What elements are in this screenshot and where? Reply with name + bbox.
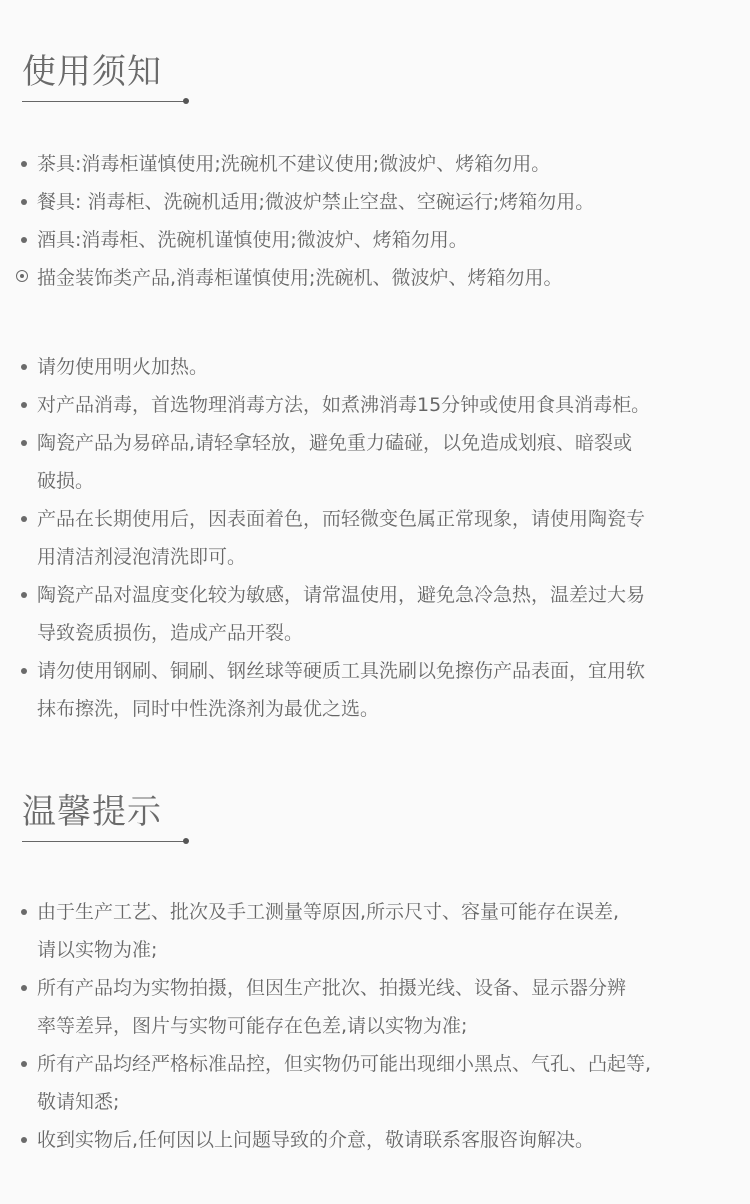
list-item-text-line-1: 请勿使用钢刷、铜刷、钢丝球等硬质工具洗刷以免擦伤产品表面，宜用软 [37,660,645,682]
warm-tips-list: 由于生产工艺、批次及手工测量等原因,所示尺寸、容量可能存在误差, 请以实物为准;… [0,893,750,1159]
list-item: 请勿使用钢刷、铜刷、钢丝球等硬质工具洗刷以免擦伤产品表面，宜用软 抹布擦洗，同时… [0,652,750,728]
list-item-text-line-1: 所有产品均为实物拍摄，但因生产批次、拍摄光线、设备、显示器分辨 [37,977,626,999]
list-item-text-line-2: 率等差异，图片与实物可能存在色差,请以实物为准; [37,1015,467,1037]
list-item: 产品在长期使用后，因表面着色，而轻微变色属正常现象，请使用陶瓷专 用清洁剂浸泡清… [0,500,750,576]
bullet-dot-icon [21,592,27,598]
list-item: 请勿使用明火加热。 [0,348,750,386]
care-instructions-list: 请勿使用明火加热。 对产品消毒，首选物理消毒方法，如煮沸消毒15分钟或使用食具消… [0,348,750,728]
list-item-text: 餐具: 消毒柜、洗碗机适用;微波炉禁止空盘、空碗运行;烤箱勿用。 [37,191,594,213]
list-item: 陶瓷产品对温度变化较为敏感，请常温使用，避免急冷急热，温差过大易 导致瓷质损伤，… [0,576,750,652]
list-item: 餐具: 消毒柜、洗碗机适用;微波炉禁止空盘、空碗运行;烤箱勿用。 [0,183,750,221]
list-item-text-line-1: 所有产品均经严格标准品控，但实物仍可能出现细小黑点、气孔、凸起等, [37,1053,651,1075]
list-item: 所有产品均经严格标准品控，但实物仍可能出现细小黑点、气孔、凸起等, 敬请知悉; [0,1045,750,1121]
list-item: 对产品消毒，首选物理消毒方法，如煮沸消毒15分钟或使用食具消毒柜。 [0,386,750,424]
bullet-dot-icon [21,402,27,408]
list-item: 所有产品均为实物拍摄，但因生产批次、拍摄光线、设备、显示器分辨 率等差异，图片与… [0,969,750,1045]
list-item-text: 对产品消毒，首选物理消毒方法，如煮沸消毒15分钟或使用食具消毒柜。 [37,394,650,416]
bullet-dot-icon [21,440,27,446]
warm-tips-title: 温馨提示 [22,795,162,829]
bullet-dot-icon [21,516,27,522]
list-item-text-line-2: 抹布擦洗，同时中性洗涤剂为最优之选。 [37,698,379,720]
bullet-dot-icon [21,237,27,243]
bullet-dot-icon [21,199,27,205]
list-item: 描金装饰类产品,消毒柜谨慎使用;洗碗机、微波炉、烤箱勿用。 [0,259,750,297]
bullet-dot-icon [21,1137,27,1143]
list-item-text: 请勿使用明火加热。 [37,356,208,378]
list-item-text-line-1: 陶瓷产品为易碎品,请轻拿轻放，避免重力磕碰，以免造成划痕、暗裂或 [37,432,632,454]
bullet-circle-dot-icon [16,270,28,282]
usage-notice-title: 使用须知 [22,55,162,89]
title-underline [22,841,186,842]
list-item-text-line-1: 产品在长期使用后，因表面着色，而轻微变色属正常现象，请使用陶瓷专 [37,508,645,530]
list-item: 陶瓷产品为易碎品,请轻拿轻放，避免重力磕碰，以免造成划痕、暗裂或 破损。 [0,424,750,500]
list-item-text: 酒具:消毒柜、洗碗机谨慎使用;微波炉、烤箱勿用。 [37,229,468,251]
list-item: 由于生产工艺、批次及手工测量等原因,所示尺寸、容量可能存在误差, 请以实物为准; [0,893,750,969]
list-item: 收到实物后,任何因以上问题导致的介意，敬请联系客服咨询解决。 [0,1121,750,1159]
title-underline [22,101,186,102]
bullet-dot-icon [21,668,27,674]
title-underline-dot-icon [183,98,189,104]
title-underline-dot-icon [183,838,189,844]
list-item-text-line-2: 敬请知悉; [37,1091,119,1113]
list-item: 酒具:消毒柜、洗碗机谨慎使用;微波炉、烤箱勿用。 [0,221,750,259]
appliance-usage-list: 茶具:消毒柜谨慎使用;洗碗机不建议使用;微波炉、烤箱勿用。 餐具: 消毒柜、洗碗… [0,145,750,297]
list-item-text-line-1: 陶瓷产品对温度变化较为敏感，请常温使用，避免急冷急热，温差过大易 [37,584,645,606]
bullet-dot-icon [21,909,27,915]
list-item-text-line-2: 用清洁剂浸泡清洗即可。 [37,546,246,568]
list-item-text: 茶具:消毒柜谨慎使用;洗碗机不建议使用;微波炉、烤箱勿用。 [37,153,550,175]
list-item-text-line-2: 导致瓷质损伤，造成产品开裂。 [37,622,303,644]
bullet-dot-icon [21,1061,27,1067]
list-item-text-line-2: 请以实物为准; [37,939,157,961]
list-item-text-line-1: 由于生产工艺、批次及手工测量等原因,所示尺寸、容量可能存在误差, [37,901,619,923]
list-item: 茶具:消毒柜谨慎使用;洗碗机不建议使用;微波炉、烤箱勿用。 [0,145,750,183]
bullet-dot-icon [21,364,27,370]
list-item-text-line-2: 破损。 [37,470,94,492]
bullet-dot-icon [21,161,27,167]
bullet-dot-icon [21,985,27,991]
list-item-text: 收到实物后,任何因以上问题导致的介意，敬请联系客服咨询解决。 [37,1129,594,1151]
list-item-text: 描金装饰类产品,消毒柜谨慎使用;洗碗机、微波炉、烤箱勿用。 [37,267,562,289]
